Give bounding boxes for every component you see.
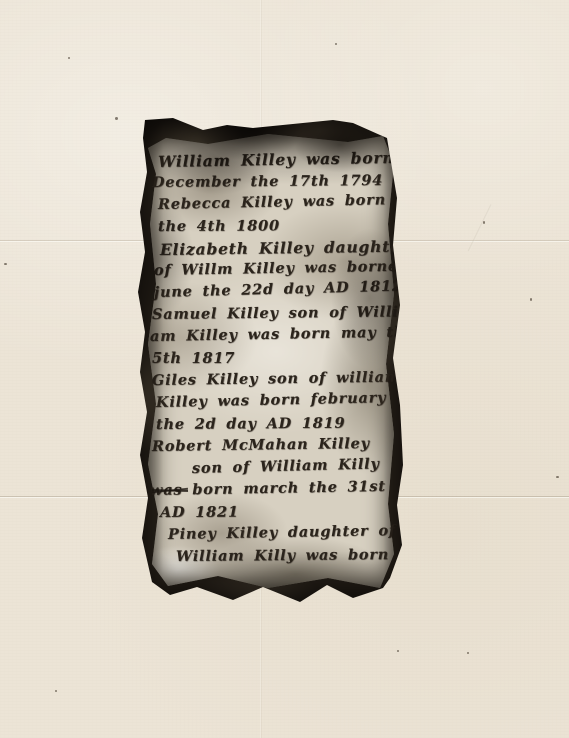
paper-speck	[115, 117, 118, 120]
photocopied-fragment: William Killey was born December the 17t…	[136, 110, 408, 606]
handwritten-line: William Killy was born	[176, 546, 392, 570]
paper-speck	[556, 476, 559, 478]
manuscript-text: William Killey was born December the 17t…	[152, 152, 392, 570]
handwritten-line: Piney Killey daughter of	[168, 522, 392, 548]
paper-speck	[483, 221, 485, 224]
paper-speck	[4, 263, 7, 265]
fold-crease-diagonal	[468, 204, 493, 252]
paper-speck	[68, 57, 70, 59]
paper-speck	[467, 652, 469, 654]
paper-speck	[530, 298, 532, 301]
paper-speck	[55, 690, 57, 692]
handwritten-line: am Killey was born may the	[150, 324, 392, 350]
handwritten-line: William Killey was born	[158, 148, 392, 174]
handwritten-line: Killey was born february	[156, 389, 392, 416]
paper-speck	[397, 650, 399, 652]
scratched-out-word	[152, 485, 188, 495]
handwritten-line: Rebecca Killey was born may	[158, 191, 392, 218]
paper-speck	[335, 43, 337, 45]
scanned-page: William Killey was born December the 17t…	[0, 0, 569, 738]
